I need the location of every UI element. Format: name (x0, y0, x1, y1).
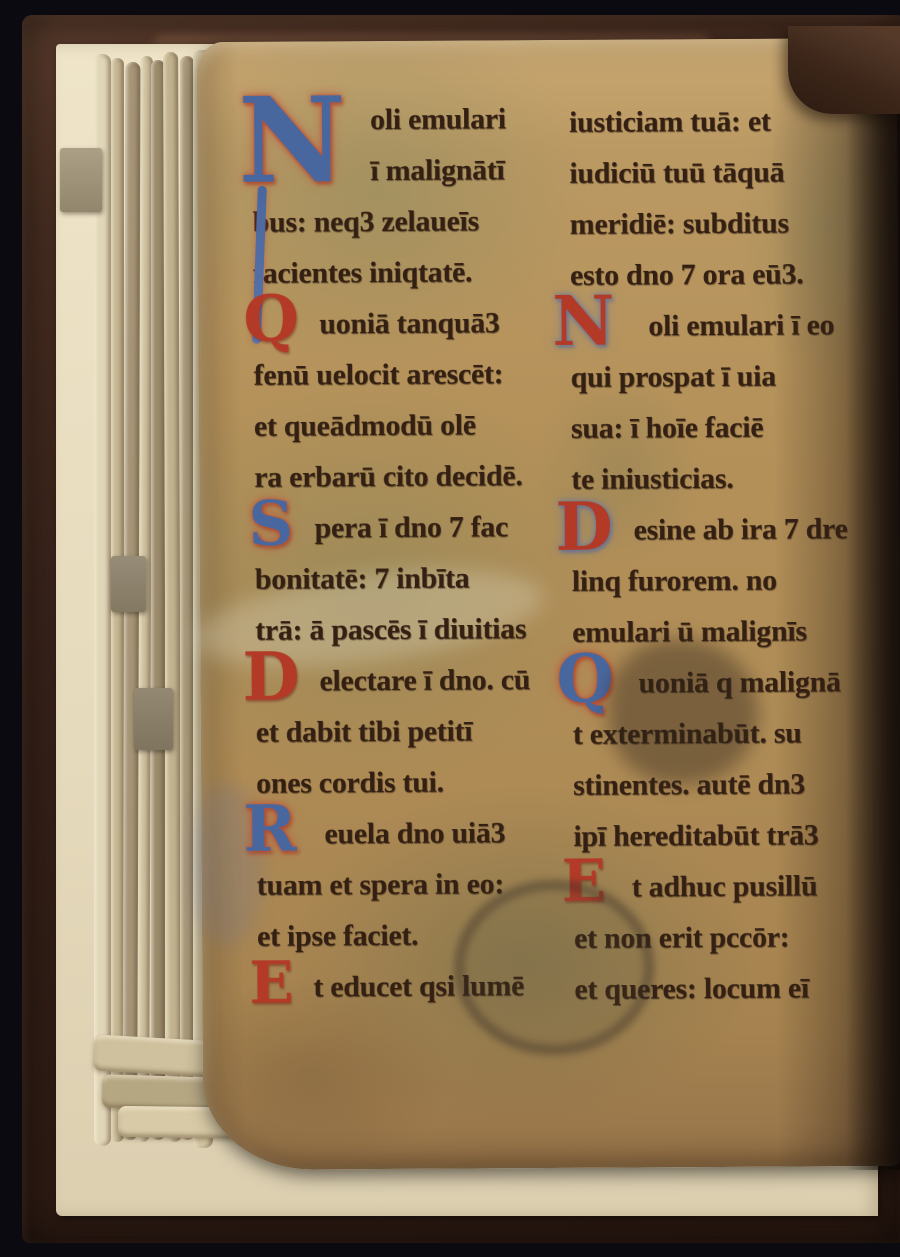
manuscript-text-line: trā: ā pascēs ī diuitias (255, 606, 560, 659)
manuscript-text-line: ones cordis tui. (256, 759, 561, 812)
manuscript-text-line: ra erbarū cito decidē. (254, 453, 559, 506)
manuscript-text-line: euela dno uiā3 (256, 810, 561, 863)
manuscript-text-line: tuam et spera in eo: (257, 861, 562, 914)
decorated-initial-e: E (562, 852, 606, 910)
fore-edge-tab (134, 688, 173, 750)
manuscript-photo: N Q S D R E oli emulari ī malignātī bus:… (0, 0, 900, 1257)
page-edge-strip (94, 54, 111, 1146)
decorated-initial-q: Q (556, 646, 614, 712)
decorated-initial-r: R (243, 798, 296, 862)
text-column-left: N Q S D R E oli emulari ī malignātī bus:… (252, 96, 563, 1016)
decorated-initial-d: D (555, 494, 612, 560)
manuscript-text-line: fenū uelocit arescēt: (253, 351, 558, 404)
manuscript-text-line: electare ī dno. cū (255, 657, 560, 710)
manuscript-text-line: et ipse faciet. (257, 912, 562, 965)
fore-edge-tab (111, 556, 146, 612)
page-edge-strip (180, 56, 194, 1140)
decorated-initial-q: Q (243, 288, 299, 352)
fore-edge-tab (60, 148, 102, 212)
manuscript-text-line: uoniā tanquā3 (253, 300, 558, 353)
decorated-initial-n: N (552, 288, 614, 356)
manuscript-text-line: facientes iniqtatē. (253, 249, 558, 302)
manuscript-text-line: pera ī dno 7 fac (254, 504, 559, 557)
decorated-initial-e: E (249, 954, 293, 1012)
decorated-initial-s: S (248, 493, 293, 555)
decorated-initial-d: D (242, 644, 299, 710)
manuscript-text-line: t educet qsi lumē (257, 963, 562, 1016)
manuscript-text-line: et queādmodū olē (254, 402, 559, 455)
manuscript-text-line: bonitatē: 7 inbīta (255, 555, 560, 608)
gutter-shadow (846, 50, 900, 1170)
decorated-initial-n: N (238, 81, 346, 200)
leather-corner-top-right (788, 26, 900, 114)
manuscript-page: N Q S D R E oli emulari ī malignātī bus:… (197, 38, 900, 1170)
manuscript-text-line: et dabit tibi petitī (256, 708, 561, 761)
